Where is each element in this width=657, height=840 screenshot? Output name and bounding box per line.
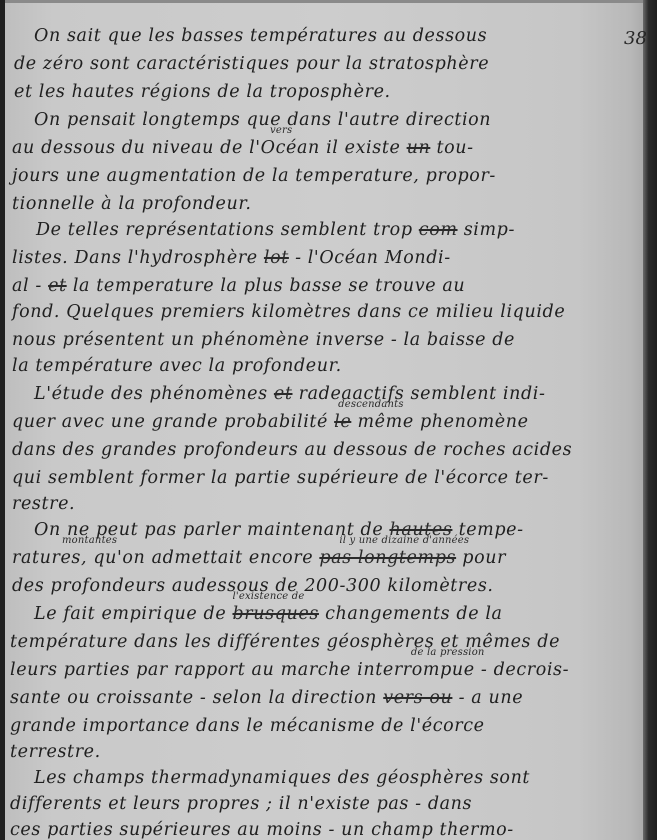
line-text: simp-: [464, 220, 515, 240]
line-text: et les hautes régions de la troposphère.: [14, 82, 391, 102]
deleted-text: pas longtemps: [319, 548, 456, 568]
manuscript-line: Le fait empirique de l'existence de brus…: [0, 604, 503, 624]
line-text: dans des grandes profondeurs au dessous …: [12, 440, 572, 460]
line-text: - decrois-: [481, 660, 569, 680]
manuscript-line: L'étude des phénomènes et radeaactifs se…: [0, 384, 545, 404]
line-text: même phenomène: [357, 412, 528, 432]
insertion-descendants: descendants le: [334, 412, 351, 432]
line-text: il existe: [326, 138, 400, 158]
line-text: terrestre.: [10, 742, 101, 762]
line-text: pour: [462, 548, 506, 568]
manuscript-line: vers au dessous du niveau de l'Océan il …: [12, 138, 474, 158]
manuscript-line: On sait que les basses températures au d…: [0, 26, 487, 46]
deleted-text: un: [407, 138, 431, 158]
line-text: leurs parties par rapport au marche inte…: [10, 660, 475, 680]
insertion-existence: l'existence de brusques: [232, 604, 318, 624]
manuscript-line: Les champs thermadynamiques des géosphèr…: [0, 768, 530, 788]
manuscript-line: tionnelle à la profondeur.: [12, 194, 252, 214]
line-text: restre.: [12, 494, 75, 514]
line-text: changements de la: [325, 604, 502, 624]
insertion-pression-1: de la pression - decrois-: [481, 660, 569, 680]
line-text: radeaactifs semblent indi-: [299, 384, 546, 404]
interlinear-insertion: vers: [270, 125, 292, 136]
line-text: qui semblent former la partie supérieure…: [12, 468, 549, 488]
deleted-text: et: [274, 384, 293, 404]
interlinear-insertion: descendants: [338, 399, 404, 410]
manuscript-line: grande importance dans le mécanisme de l…: [10, 716, 485, 736]
manuscript-line: quer avec une grande probabilité descend…: [12, 412, 529, 432]
line-text: de zéro sont caractéristiques pour la st…: [14, 54, 489, 74]
line-text: sante ou croissante - selon la direction: [10, 688, 377, 708]
line-text: listes. Dans l'hydrosphère: [12, 248, 258, 268]
manuscript-line: ces parties supérieures au moins - un ch…: [10, 820, 514, 840]
page-top-edge: [0, 0, 657, 3]
manuscript-line: nous présentent un phénomène inverse - l…: [12, 330, 515, 350]
line-text: , qu'on admettait encore: [81, 548, 313, 568]
deleted-text: lot: [264, 248, 289, 268]
deleted-text: le: [334, 412, 351, 432]
deleted-text: brusques: [232, 604, 318, 624]
deleted-text: vers ou: [383, 688, 452, 708]
line-text: quer avec une grande probabilité: [12, 412, 328, 432]
line-text: jours une augmentation de la temperature…: [12, 166, 496, 186]
manuscript-line: sante ou croissante - selon la direction…: [10, 688, 523, 708]
line-text: tou-: [437, 138, 474, 158]
deleted-text: com: [419, 220, 458, 240]
insertion-vers: vers au dessous du niveau de l'Océan: [12, 138, 320, 158]
interlinear-insertion: il y une dizaine d'années: [339, 535, 469, 546]
line-text: On sait que les basses températures au d…: [34, 26, 487, 46]
manuscript-line: de zéro sont caractéristiques pour la st…: [14, 54, 489, 74]
line-text: au dessous du niveau de l'Océan: [12, 138, 320, 158]
line-text: grande importance dans le mécanisme de l…: [10, 716, 485, 736]
manuscript-line: restre.: [12, 494, 75, 514]
manuscript-line: al - et la temperature la plus basse se …: [12, 276, 465, 296]
interlinear-insertion: de la pression: [411, 647, 485, 658]
line-text: ratures: [12, 548, 81, 568]
interlinear-insertion: l'existence de: [232, 591, 304, 602]
insertion-montantes: montantes ratures: [12, 548, 81, 568]
manuscript-line: fond. Quelques premiers kilomètres dans …: [12, 302, 565, 322]
manuscript-line: dans des grandes profondeurs au dessous …: [12, 440, 572, 460]
line-text: al -: [12, 276, 42, 296]
manuscript-line: leurs parties par rapport au marche inte…: [10, 660, 569, 680]
interlinear-insertion: montantes: [62, 535, 117, 546]
line-text: Les champs thermadynamiques des géosphèr…: [34, 768, 530, 788]
manuscript-line: et les hautes régions de la troposphère.: [14, 82, 391, 102]
line-text: On pensait longtemps que dans l'autre di…: [34, 110, 491, 130]
page-right-shadow-edge: [643, 0, 657, 840]
line-text: - l'Océan Mondi-: [295, 248, 451, 268]
manuscript-line: On pensait longtemps que dans l'autre di…: [0, 110, 491, 130]
page-number: 38: [624, 28, 647, 49]
line-text: tionnelle à la profondeur.: [12, 194, 252, 214]
line-text: De telles représentations semblent trop: [36, 220, 413, 240]
line-text: ces parties supérieures au moins - un ch…: [10, 820, 514, 840]
line-text: la temperature la plus basse se trouve a…: [73, 276, 465, 296]
manuscript-line: qui semblent former la partie supérieure…: [12, 468, 549, 488]
manuscript-line: la température avec la profondeur.: [12, 356, 342, 376]
deleted-text: et: [48, 276, 67, 296]
line-text: la température avec la profondeur.: [12, 356, 342, 376]
insertion-decade: il y une dizaine d'années pas longtemps: [319, 548, 456, 568]
line-text: L'étude des phénomènes: [34, 384, 268, 404]
manuscript-line: terrestre.: [10, 742, 101, 762]
line-text: nous présentent un phénomène inverse - l…: [12, 330, 515, 350]
manuscript-page: 38 On sait que les basses températures a…: [0, 0, 657, 840]
manuscript-line: jours une augmentation de la temperature…: [12, 166, 496, 186]
line-text: - a une: [459, 688, 524, 708]
line-text: differents et leurs propres ; il n'exist…: [10, 794, 472, 814]
line-text: fond. Quelques premiers kilomètres dans …: [12, 302, 565, 322]
line-text: Le fait empirique de: [34, 604, 226, 624]
manuscript-line: listes. Dans l'hydrosphère lot - l'Océan…: [12, 248, 451, 268]
manuscript-line: differents et leurs propres ; il n'exist…: [10, 794, 472, 814]
manuscript-line: montantes ratures , qu'on admettait enco…: [12, 548, 506, 568]
manuscript-line: De telles représentations semblent trop …: [2, 220, 515, 240]
